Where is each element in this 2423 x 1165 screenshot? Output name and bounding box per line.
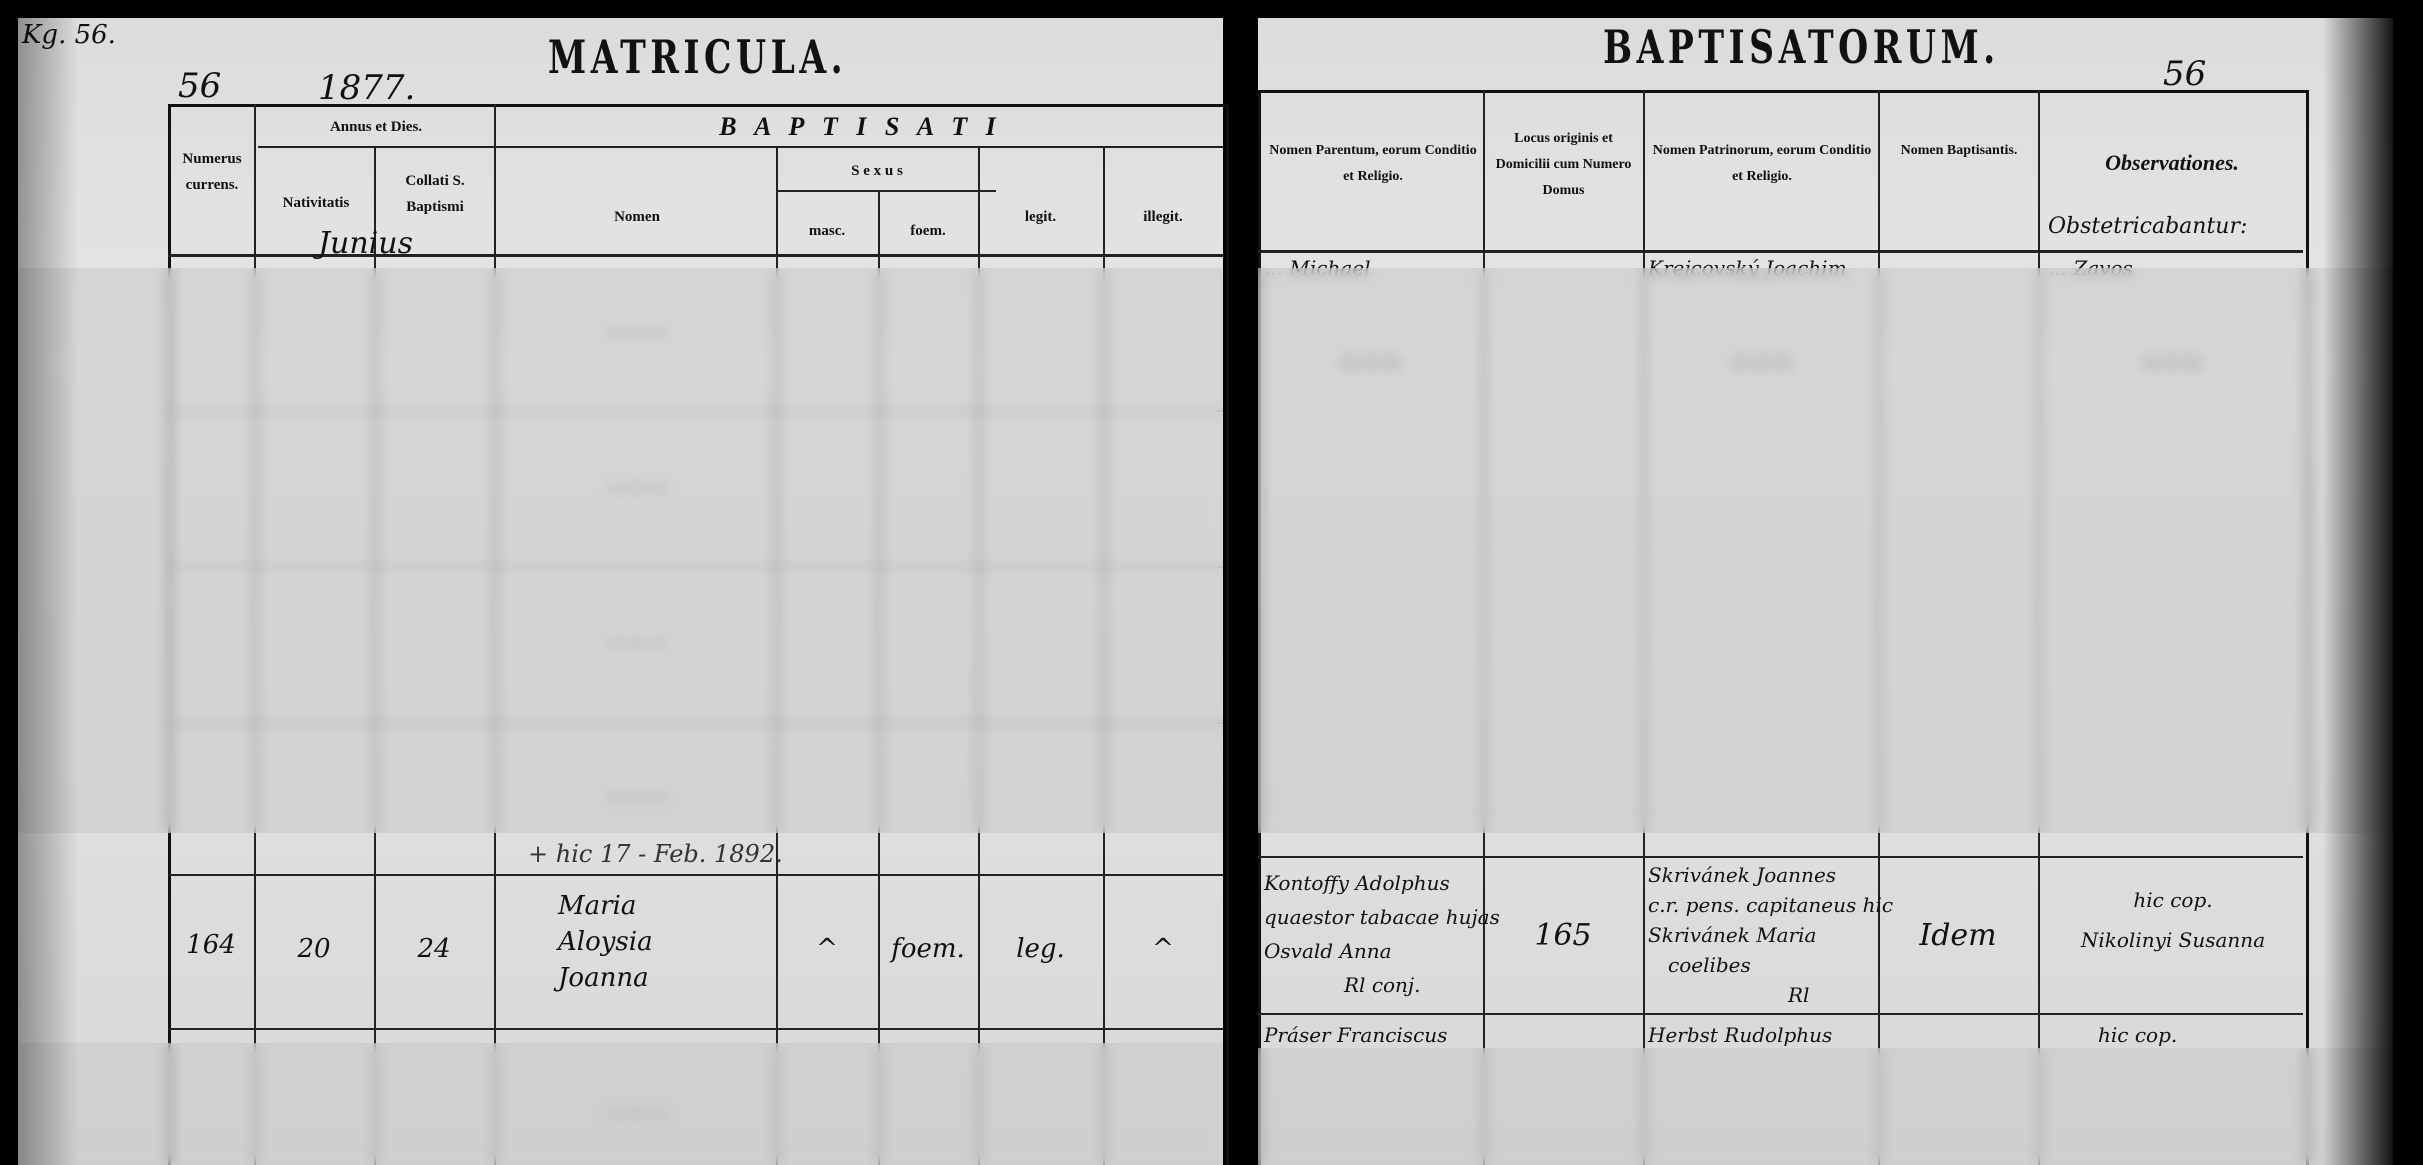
row-nomen: Maria Aloysia Joanna [558, 888, 653, 996]
header-foem: foem. [878, 218, 978, 244]
header-locus: Locus originis et Domicilii cum Numero D… [1486, 126, 1641, 204]
header-numerus: Numerus currens. [170, 146, 254, 198]
header-baptisantis: Nomen Baptisantis. [1883, 138, 2035, 164]
header-observationes: Observationes. [2043, 150, 2301, 176]
header-parentum: Nomen Parentum, eorum Conditio et Religi… [1268, 138, 1478, 190]
month: Junius [318, 226, 413, 261]
death-annotation: + hic 17 - Feb. 1892. [528, 840, 783, 868]
row-nativitatis: 20 [254, 934, 374, 964]
row-parentum: Kontoffy Adolphus quaestor tabacae hujas… [1264, 866, 1500, 1002]
header-baptisati: B A P T I S A T I [498, 114, 1223, 140]
page-title-baptisatorum: BAPTISATORUM. [1603, 20, 2000, 74]
page-number-left: 56 [178, 66, 221, 106]
header-legit: legit. [978, 204, 1103, 230]
blur-overlay-upper [18, 268, 1223, 833]
row-observationes: hic cop. Nikolinyi Susanna [2048, 880, 2298, 960]
blur-overlay-upper-right [1258, 268, 2393, 833]
header-nativitatis: Nativitatis [258, 190, 374, 216]
obstetricabantur-note: Obstetricabantur: [2048, 214, 2247, 239]
page-title-matricula: MATRICULA. [548, 30, 847, 84]
year: 1877. [318, 68, 415, 108]
blur-overlay-lower-right [1258, 1048, 2393, 1165]
row-foem: foem. [878, 934, 978, 964]
left-page: Kg. 56. 56 1877. MATRICULA. Numerus curr… [18, 18, 1223, 1165]
blur-overlay-lower [18, 1043, 1223, 1165]
header-annus-et-dies: Annus et Dies. [258, 114, 494, 140]
right-page: BAPTISATORUM. 56 Nomen Parentum, eorum C… [1258, 18, 2393, 1165]
row-masc: ^ [776, 934, 878, 964]
header-illegit: illegit. [1103, 204, 1223, 230]
header-patrinorum: Nomen Patrinorum, eorum Conditio et Reli… [1648, 138, 1876, 190]
row-numerus: 164 [168, 930, 254, 960]
header-masc: masc. [776, 218, 878, 244]
partial-bottom-observationes: hic cop. [2098, 1023, 2177, 1047]
row-legit: leg. [978, 934, 1103, 964]
row-patrinorum: Skrivánek Joannes c.r. pens. capitaneus … [1648, 860, 1893, 1010]
header-collati: Collati S. Baptismi [376, 168, 494, 220]
partial-bottom-patrinorum: Herbst Rudolphus [1648, 1023, 1832, 1047]
row-collati: 24 [374, 934, 494, 964]
row-locus: 165 [1483, 918, 1643, 953]
page-number-right: 56 [2163, 54, 2206, 94]
partial-bottom-parentum: Práser Franciscus [1264, 1023, 1447, 1047]
header-nomen: Nomen [498, 204, 776, 230]
row-baptisantis: Idem [1878, 918, 2038, 953]
row-illegit: ^ [1103, 934, 1223, 964]
header-sexus: S e x u s [776, 158, 978, 184]
